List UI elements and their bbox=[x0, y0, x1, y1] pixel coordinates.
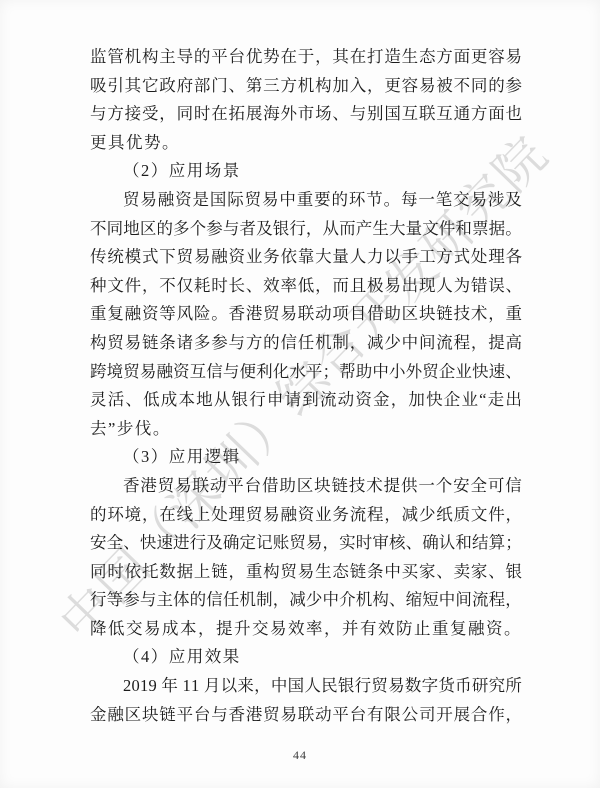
section-heading: （2）应用场景 bbox=[90, 157, 522, 186]
text-line: 重复融资等风险。香港贸易联动项目借助区块链技术，重 bbox=[90, 300, 522, 329]
document-page: 中国（深圳）综合开发研究院 监管机构主导的平台优势在于，其在打造生态方面更容易吸… bbox=[0, 0, 600, 788]
text-line: 贸易融资是国际贸易中重要的环节。每一笔交易涉及 bbox=[90, 186, 522, 215]
text-line: 跨境贸易融资互信与便利化水平；帮助中小外贸企业快速、 bbox=[90, 358, 522, 387]
text-line: 构贸易链条诸多参与方的信任机制，减少中间流程，提高 bbox=[90, 329, 522, 358]
body-lines: 监管机构主导的平台优势在于，其在打造生态方面更容易吸引其它政府部门、第三方机构加… bbox=[90, 43, 522, 729]
text-line: 灵活、低成本地从银行申请到流动资金，加快企业“走出 bbox=[90, 386, 522, 415]
text-line: 降低交易成本，提升交易效率，并有效防止重复融资。 bbox=[90, 615, 522, 644]
page-number: 44 bbox=[0, 748, 600, 763]
text-line: 吸引其它政府部门、第三方机构加入，更容易被不同的参 bbox=[90, 72, 522, 101]
text-line: 行等参与主体的信任机制，减少中介机构、缩短中间流程， bbox=[90, 586, 522, 615]
text-line: 传统模式下贸易融资业务依靠大量人力以手工方式处理各 bbox=[90, 243, 522, 272]
text-line: 香港贸易联动平台借助区块链技术提供一个安全可信 bbox=[90, 472, 522, 501]
text-line: 安全、快速进行及确定记账贸易，实时审核、确认和结算； bbox=[90, 529, 522, 558]
text-line: 与方接受，同时在拓展海外市场、与别国互联互通方面也 bbox=[90, 100, 522, 129]
text-line: 的环境，在线上处理贸易融资业务流程，减少纸质文件， bbox=[90, 501, 522, 530]
text-line: 2019 年 11 月以来，中国人民银行贸易数字货币研究所 bbox=[90, 672, 522, 701]
text-line: 种文件，不仅耗时长、效率低，而且极易出现人为错误、 bbox=[90, 272, 522, 301]
section-heading: （3）应用逻辑 bbox=[90, 443, 522, 472]
text-line: 金融区块链平台与香港贸易联动平台有限公司开展合作， bbox=[90, 701, 522, 730]
text-line: 更具优势。 bbox=[90, 129, 522, 158]
text-line: 不同地区的多个参与者及银行，从而产生大量文件和票据。 bbox=[90, 215, 522, 244]
text-line: 监管机构主导的平台优势在于，其在打造生态方面更容易 bbox=[90, 43, 522, 72]
text-line: 同时依托数据上链，重构贸易生态链条中买家、卖家、银 bbox=[90, 558, 522, 587]
text-line: 去”步伐。 bbox=[90, 415, 522, 444]
section-heading: （4）应用效果 bbox=[90, 643, 522, 672]
